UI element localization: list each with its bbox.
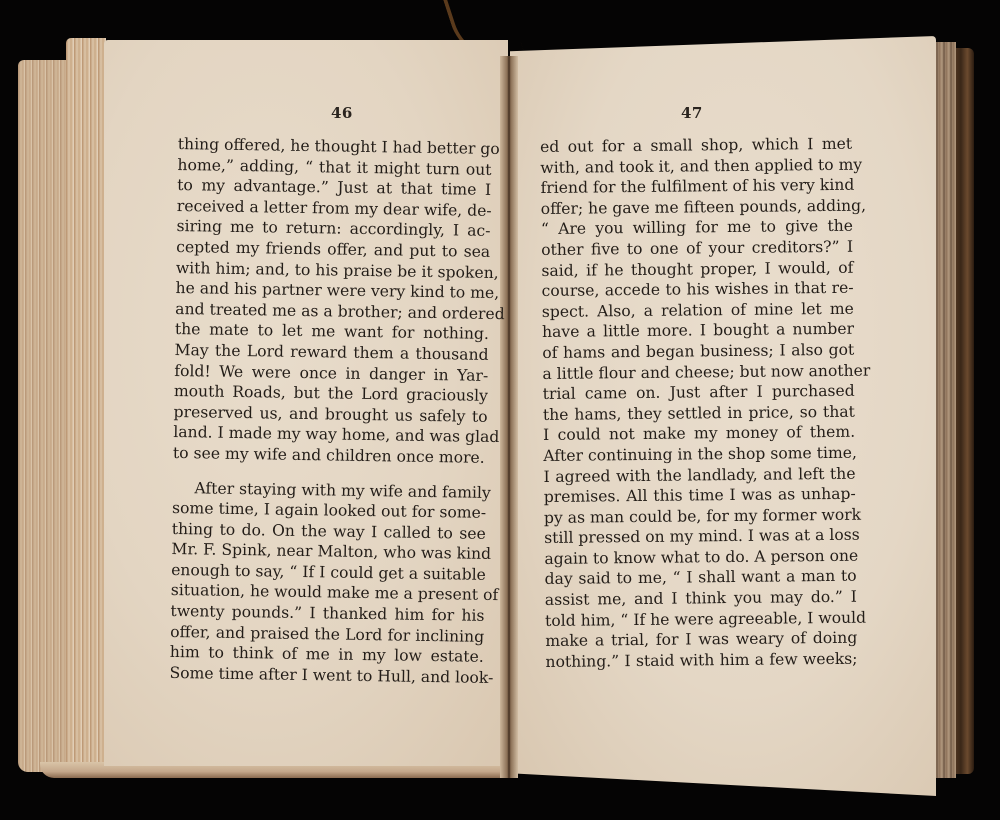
left-page-stack-edge-front xyxy=(66,38,106,778)
book-gutter xyxy=(500,56,518,778)
text-line: After continuing in the shop some time, xyxy=(543,443,855,467)
text-line: trial came on. Just after I purchased xyxy=(543,381,855,405)
text-line: of hams and began business; I also got xyxy=(542,340,854,364)
text-line: other five to one of your creditors?” I xyxy=(541,237,853,261)
page-number-left: 46 xyxy=(331,104,353,122)
open-book-photo: 46 thing offered, he thought I had bette… xyxy=(0,0,1000,820)
text-line: nothing.” I staid with him a few weeks; xyxy=(545,649,857,673)
paragraph-2: After staying with my wife and family so… xyxy=(169,477,486,688)
text-line: premises. All this time I was as unhap- xyxy=(544,484,856,508)
right-page-text: ed out for a small shop, which I met wit… xyxy=(540,134,858,673)
text-line: assist me, and I think you may do.” I xyxy=(545,587,857,611)
page-number-right: 47 xyxy=(681,104,703,122)
text-line: course, accede to his wishes in that re- xyxy=(542,278,854,302)
text-line: friend for the fulfilment of his very ki… xyxy=(540,175,852,199)
paragraph-1: thing offered, he thought I had better g… xyxy=(173,134,492,468)
left-page-text: thing offered, he thought I had better g… xyxy=(169,134,492,688)
text-line: ed out for a small shop, which I met xyxy=(540,134,852,158)
